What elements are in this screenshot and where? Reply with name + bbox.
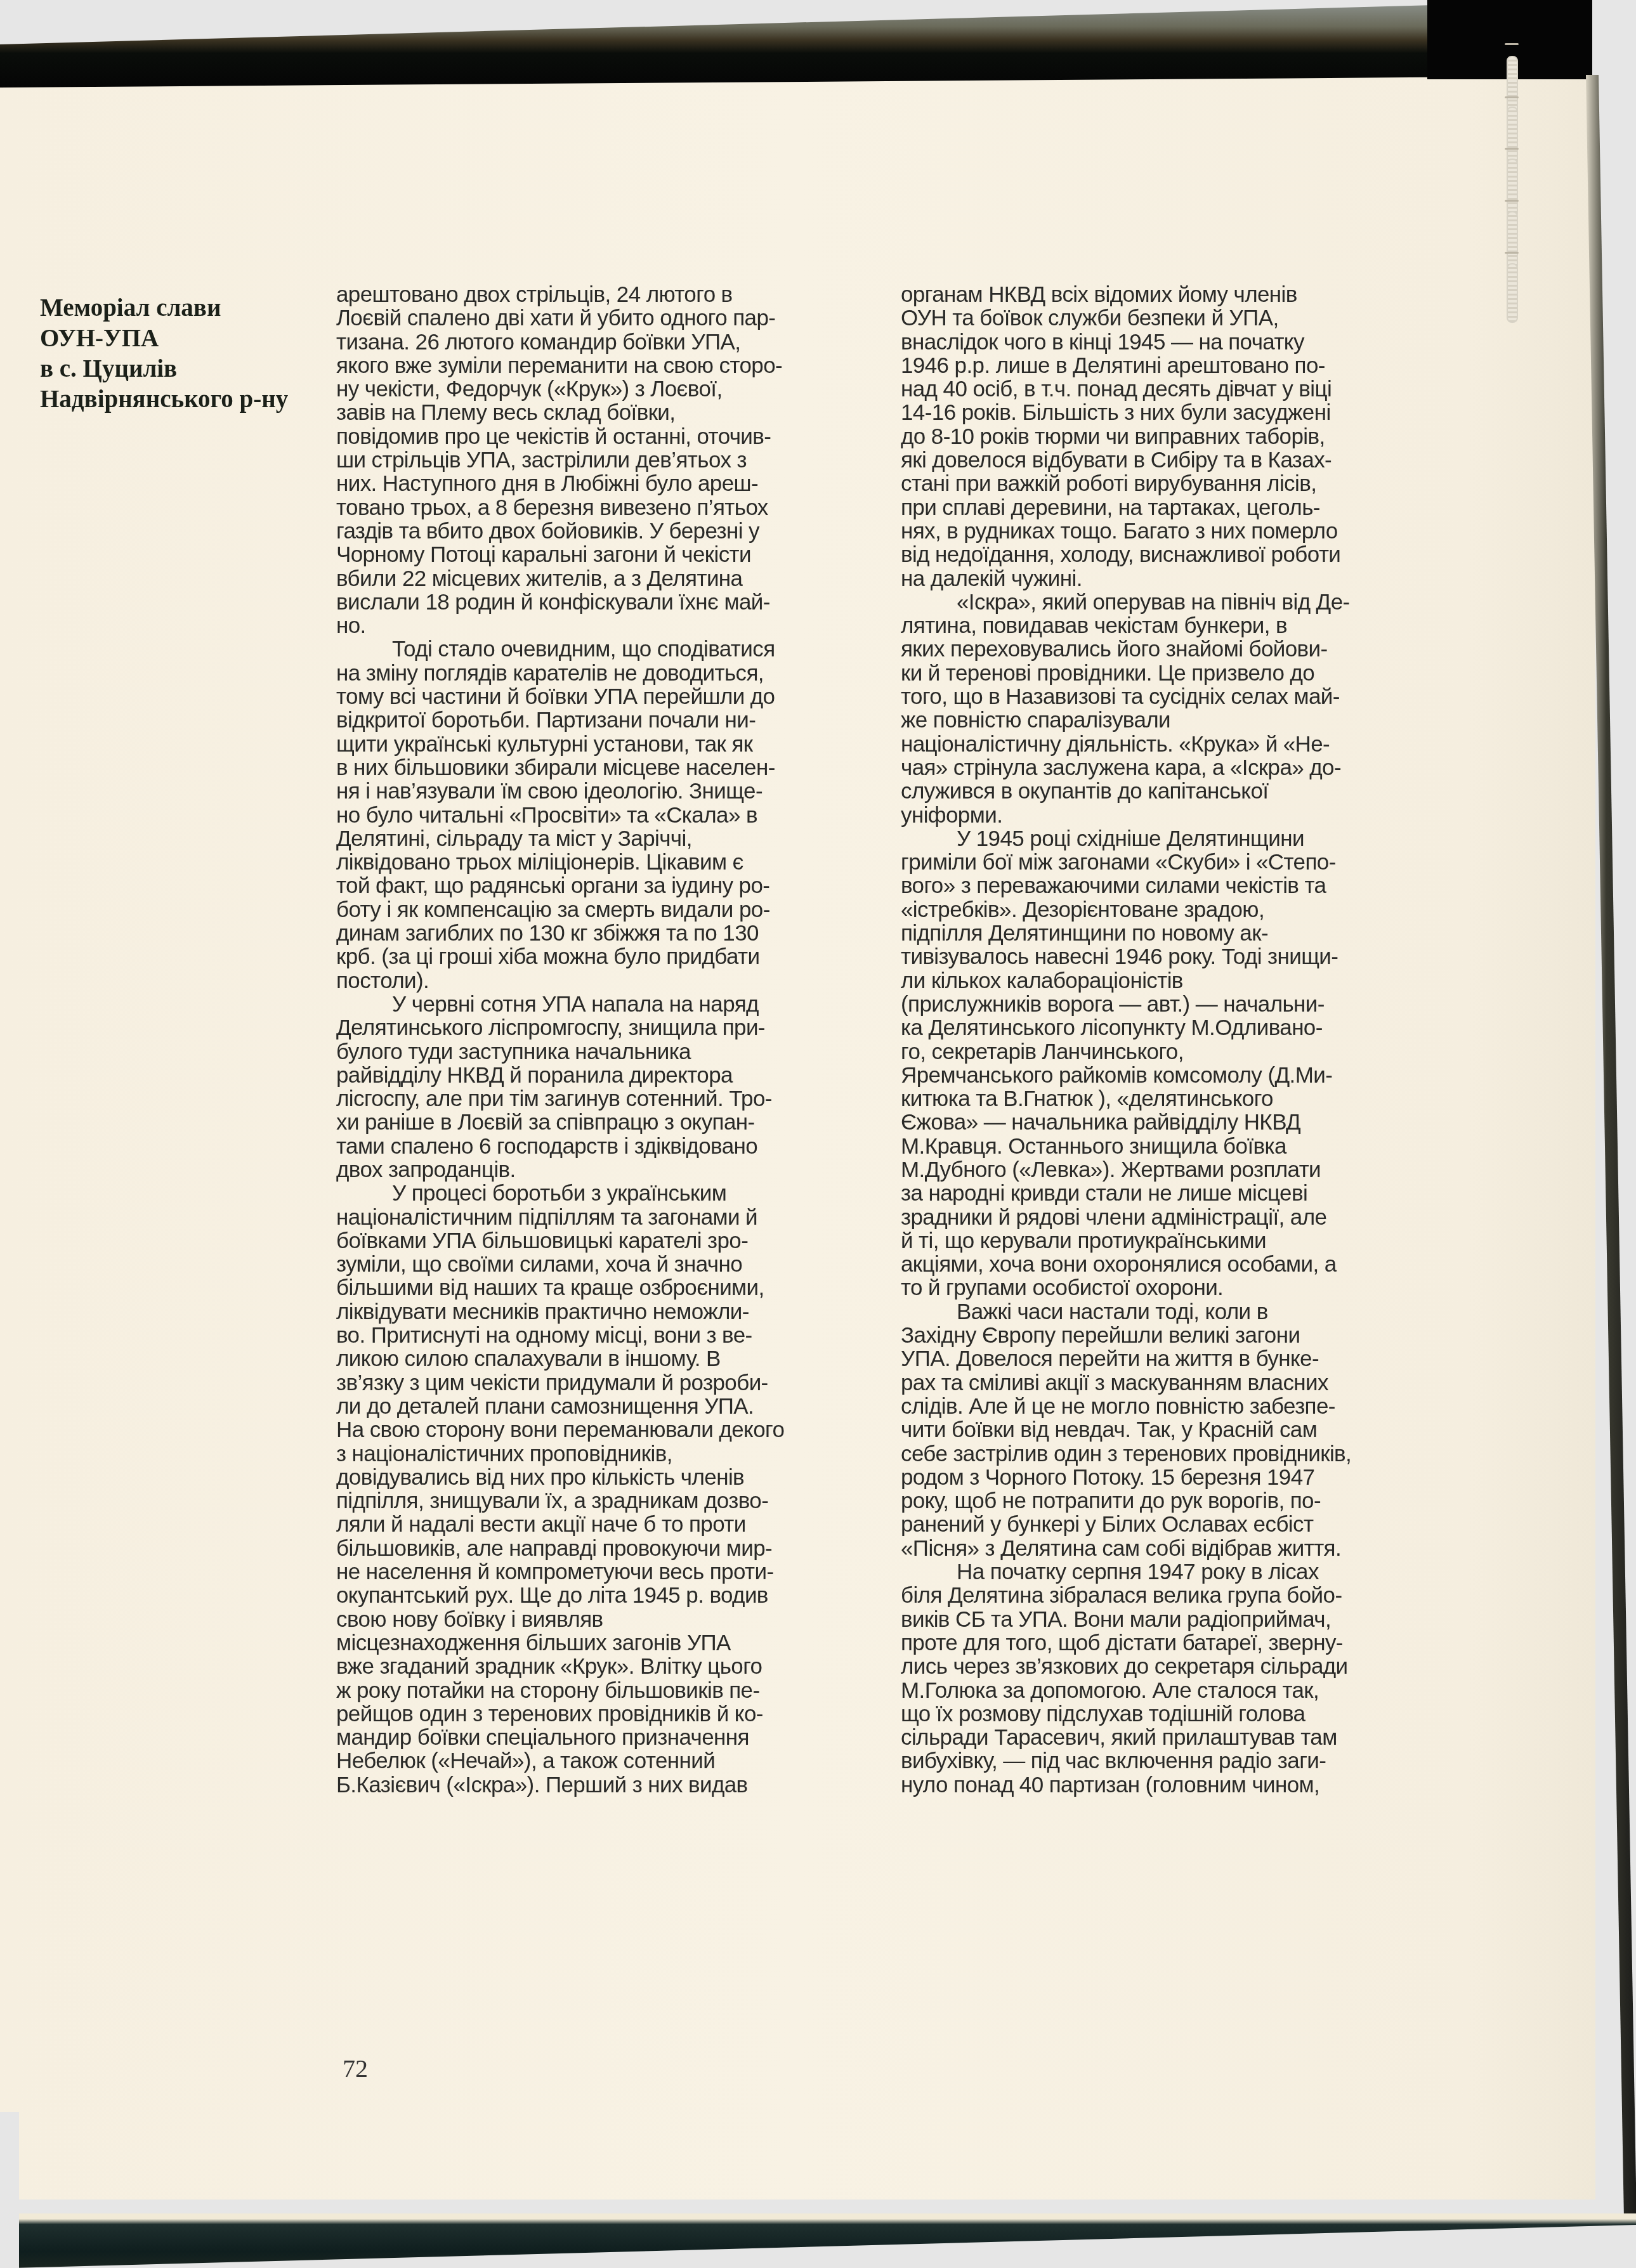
text-line: арештовано двох стрільців, 24 лютого в (336, 283, 869, 306)
text-line: двох запроданців. (336, 1158, 869, 1182)
text-line: Делятині, сільраду та міст у Зарiччі, (336, 827, 869, 850)
binding-stitch-dot (1505, 252, 1519, 254)
text-line: родом з Чорного Потоку. 15 березня 1947 (901, 1466, 1453, 1489)
text-line: в них більшовики збирали місцеве населен… (336, 756, 869, 779)
text-line: боту і як компенсацію за смерть видали р… (336, 898, 869, 922)
text-line: що їх розмову підслухав тодішній голова (901, 1702, 1453, 1726)
text-line: 1946 р.р. лише в Делятині арештовано по- (901, 354, 1453, 377)
text-line: но. (336, 614, 869, 637)
heading-line: Надвірнянського р-ну (40, 384, 332, 415)
binding-stitch-dot (1505, 96, 1519, 98)
text-line: націоналістичну діяльність. «Крука» й «Н… (901, 733, 1453, 756)
text-line: на далекій чужині. (901, 567, 1453, 590)
binding-stitch-dot (1505, 43, 1519, 45)
text-line: чити боївки від невдач. Так, у Красній с… (901, 1418, 1453, 1442)
text-line: служився в окупантів до капітанської (901, 779, 1453, 803)
text-line: райвідділу НКВД й поранила директора (336, 1064, 869, 1087)
text-line: до 8-10 років тюрми чи виправних таборів… (901, 425, 1453, 448)
text-line: слідів. Але й це не могло повністю забез… (901, 1395, 1453, 1418)
text-line: Б.Казієвич («Іскра»). Перший з них видав (336, 1773, 869, 1797)
text-line: сільради Тарасевич, який прилаштував там (901, 1726, 1453, 1749)
text-line: місцезнаходження більших загонів УПА (336, 1631, 869, 1655)
text-line: більшовиків, але направді провокуючи мир… (336, 1537, 869, 1560)
text-line: підпілля Делятинщини по новому ак- (901, 922, 1453, 945)
text-line: з націоналістичних проповідників, (336, 1442, 869, 1466)
text-line: Важкі часи настали тоді, коли в (901, 1300, 1453, 1324)
text-line: газдів та вбито двох бойовиків. У березн… (336, 519, 869, 543)
text-line: зв’язку з цим чекісти придумали й розроб… (336, 1371, 869, 1395)
text-line: свою нову боївку і виявляв (336, 1608, 869, 1631)
text-line: ліквідувати месників практично неможли- (336, 1300, 869, 1324)
text-line: У червні сотня УПА напала на наряд (336, 993, 869, 1016)
heading-line: ОУН-УПА (40, 323, 332, 354)
text-line: нях, в рудниках тощо. Багато з них помер… (901, 519, 1453, 543)
text-line: На свою сторону вони переманювали декого (336, 1418, 869, 1442)
text-line: над 40 осіб, в т.ч. понад десять дівчат … (901, 377, 1453, 401)
heading-line: в с. Цуцилів (40, 354, 332, 384)
text-line: Яремчанського райкомів комсомолу (Д.Ми- (901, 1064, 1453, 1087)
text-line: Делятинського ліспромгоспу, знищила при- (336, 1016, 869, 1039)
text-line: вже згаданий зрадник «Крук». Влітку цьог… (336, 1655, 869, 1678)
text-line: М.Дубного («Левка»). Жертвами розплати (901, 1158, 1453, 1182)
binding-stitch (1507, 107, 1518, 166)
text-line: чая» стрінула заслужена кара, а «Іскра» … (901, 756, 1453, 779)
text-line: рах та сміливі акції з маскуванням власн… (901, 1371, 1453, 1395)
text-line: крб. (за ці гроші хіба можна було придба… (336, 945, 869, 968)
text-line: У процесі боротьби з українським (336, 1182, 869, 1205)
text-line: ліквідовано трьох міліціонерів. Цікавим … (336, 850, 869, 874)
text-line: мандир боївки спеціального призначення (336, 1726, 869, 1749)
binding-stitch (1507, 211, 1518, 271)
binding-stitch-dot (1505, 200, 1519, 202)
text-line: завів на Плему весь склад боївки, (336, 401, 869, 424)
text-line: но було читальні «Просвіти» та «Скала» в (336, 804, 869, 827)
scan-bottom-left-gap (0, 2112, 19, 2268)
text-line: ляли й надалі вести акції наче б то прот… (336, 1513, 869, 1536)
text-line: китюка та В.Гнатюк ), «делятинського (901, 1087, 1453, 1111)
text-line: при сплаві деревини, на тартаках, цеголь… (901, 496, 1453, 519)
text-line: тивізувалось навесні 1946 року. Тоді зни… (901, 945, 1453, 968)
text-line: лись через зв’язкових до секретаря сільр… (901, 1655, 1453, 1678)
text-line: ши стрільців УПА, застрілили дев’ятьох з (336, 448, 869, 472)
scan-bottom-border (13, 2213, 1636, 2268)
text-line: яких переховувались його знайомі бойови- (901, 637, 1453, 661)
text-line: «Іскра», який оперував на північ від Де- (901, 590, 1453, 614)
text-line: за народні кривди стали не лише місцеві (901, 1182, 1453, 1205)
text-line: УПА. Довелося перейти на життя в бунке- (901, 1347, 1453, 1371)
text-line: відкритої боротьби. Партизани почали ни- (336, 708, 869, 732)
text-line: ли до деталей плани самознищення УПА. (336, 1395, 869, 1418)
text-line: довідувались від них про кількість члені… (336, 1466, 869, 1489)
text-line: акціями, хоча вони охоронялися особами, … (901, 1253, 1453, 1276)
page-number: 72 (343, 2054, 368, 2083)
text-line: органам НКВД всіх відомих йому членів (901, 283, 1453, 306)
text-line: Єжова» — начальника райвідділу НКВД (901, 1111, 1453, 1134)
text-line: ликою силою спалахували в іншому. В (336, 1347, 869, 1371)
text-line: во. Притиснуті на одному місці, вони з в… (336, 1324, 869, 1347)
text-line: Тоді стало очевидним, що сподіватися (336, 637, 869, 661)
text-line: щити українські культурні установи, так … (336, 733, 869, 756)
text-line: лісгоспу, але при тім загинув сотенний. … (336, 1087, 869, 1111)
text-line: окупантський рух. Ще до літа 1945 р. вод… (336, 1584, 869, 1607)
text-line: У 1945 році східніше Делятинщини (901, 827, 1453, 850)
text-line: ж року потайки на сторону більшовиків пе… (336, 1679, 869, 1702)
text-line: тому всі частини й боївки УПА перейшли д… (336, 685, 869, 708)
text-line: які довелося відбувати в Сибіру та в Каз… (901, 448, 1453, 472)
text-line: М.Голюка за допомогою. Але сталося так, (901, 1679, 1453, 1702)
text-line: стані при важкій роботі вирубування лісі… (901, 472, 1453, 495)
text-line: підпілля, знищували їх, а зрадникам дозв… (336, 1489, 869, 1513)
text-line: націоналістичним підпіллям та загонами й (336, 1206, 869, 1229)
text-line: же повністю спаралізували (901, 708, 1453, 732)
text-line: ка Делятинського лісопункту М.Одливано- (901, 1016, 1453, 1039)
text-line: зрадники й рядові члени адміністрації, а… (901, 1206, 1453, 1229)
text-line: зуміли, що своїми силами, хоча й значно (336, 1253, 869, 1276)
text-line: року, щоб не потрапити до рук ворогів, п… (901, 1489, 1453, 1513)
binding-stitch (1507, 263, 1518, 323)
text-line: го, секретарів Ланчинського, (901, 1040, 1453, 1064)
text-line: повідомив про це чекістів й останні, ото… (336, 425, 869, 448)
text-line: більшими від наших та краще озброєними, (336, 1276, 869, 1300)
text-line: вбили 22 місцевих жителів, а з Делятина (336, 567, 869, 590)
text-line: вислали 18 родин й конфіскували їхнє май… (336, 590, 869, 614)
text-line: тизана. 26 лютого командир боївки УПА, (336, 330, 869, 354)
heading-line: Меморіал слави (40, 293, 332, 323)
scan-top-border (0, 0, 1592, 89)
text-line: тами спалено 6 господарств і здіквідован… (336, 1135, 869, 1158)
text-line: не населення й компрометуючи весь проти- (336, 1560, 869, 1584)
text-line: від недоїдання, холоду, виснажливої робо… (901, 543, 1453, 566)
text-column-left: арештовано двох стрільців, 24 лютого вЛо… (336, 283, 869, 1797)
text-line: той факт, що радянські органи за іудину … (336, 874, 869, 897)
text-line: себе застрілив один з теренових провідни… (901, 1442, 1453, 1466)
text-line: проте для того, щоб дістати батареї, зве… (901, 1631, 1453, 1655)
text-line: ня і нав’язували їм свою ідеологію. Знищ… (336, 779, 869, 803)
text-line: того, що в Назавизові та сусідніх селах … (901, 685, 1453, 708)
binding-stitch-dot (1505, 148, 1519, 150)
text-line: рейщов один з теренових провідників й ко… (336, 1702, 869, 1726)
text-line: то й групами особистої охорони. (901, 1276, 1453, 1300)
text-line: Лоєвій спалено дві хати й убито одного п… (336, 306, 869, 330)
sidebar-heading: Меморіал слави ОУН-УПА в с. Цуцилів Надв… (40, 293, 332, 415)
text-line: якого вже зуміли переманити на свою стор… (336, 354, 869, 377)
text-line: внаслідок чого в кінці 1945 — на початку (901, 330, 1453, 354)
text-line: нуло понад 40 партизан (головним чином, (901, 1773, 1453, 1797)
text-line: (прислужників ворога — авт.) — начальни- (901, 993, 1453, 1016)
text-line: виків СБ та УПА. Вони мали радіоприймач, (901, 1608, 1453, 1631)
text-line: ранений у бункері у Білих Ославах есбіст (901, 1513, 1453, 1536)
text-line: гриміли бої між загонами «Скуби» і «Степ… (901, 850, 1453, 874)
text-line: них. Наступного дня в Любіжні було ареш- (336, 472, 869, 495)
text-line: ли кількох калабораціоністів (901, 969, 1453, 993)
text-line: М.Кравця. Останнього знищила боївка (901, 1135, 1453, 1158)
text-line: ки й теренові провідники. Це призвело до (901, 661, 1453, 685)
text-column-right: органам НКВД всіх відомих йому членівОУН… (901, 283, 1453, 1797)
text-line: постоли). (336, 969, 869, 993)
text-line: 14-16 років. Більшість з них були засудж… (901, 401, 1453, 424)
text-line: На початку серпня 1947 року в лісах (901, 1560, 1453, 1584)
text-line: Небелюк («Нечай»), а також сотенний (336, 1749, 869, 1773)
binding-stitch (1507, 159, 1518, 218)
text-line: динам загиблих по 130 кг збіжжя та по 13… (336, 922, 869, 945)
text-line: вибухівку, — під час включення радіо заг… (901, 1749, 1453, 1773)
text-line: боївками УПА більшовицькі карателі зро- (336, 1229, 869, 1253)
text-line: «Пісня» з Делятина сам собі відібрав жит… (901, 1537, 1453, 1560)
text-line: вого» з переважаючими силами чекістів та (901, 874, 1453, 897)
text-line: лятина, повидавав чекістам бункери, в (901, 614, 1453, 637)
text-line: уніформи. (901, 804, 1453, 827)
text-line: ОУН та боївок служби безпеки й УПА, (901, 306, 1453, 330)
text-line: товано трьох, а 8 березня вивезено п’ять… (336, 496, 869, 519)
text-line: «істребків». Дезорієнтоване зрадою, (901, 898, 1453, 922)
text-line: ну чекісти, Федорчук («Крук») з Лоєвої, (336, 377, 869, 401)
text-line: біля Делятина зібралася велика група бой… (901, 1584, 1453, 1607)
text-line: й ті, що керували протиукраїнськими (901, 1229, 1453, 1253)
text-line: Чорному Потоці каральні загони й чекісти (336, 543, 869, 566)
text-line: булого туди заступника начальника (336, 1040, 869, 1064)
text-line: на зміну поглядів карателів не доводитьс… (336, 661, 869, 685)
text-line: Західну Європу перейшли великі загони (901, 1324, 1453, 1347)
text-line: хи раніше в Лоєвій за співпрацю з окупан… (336, 1111, 869, 1134)
